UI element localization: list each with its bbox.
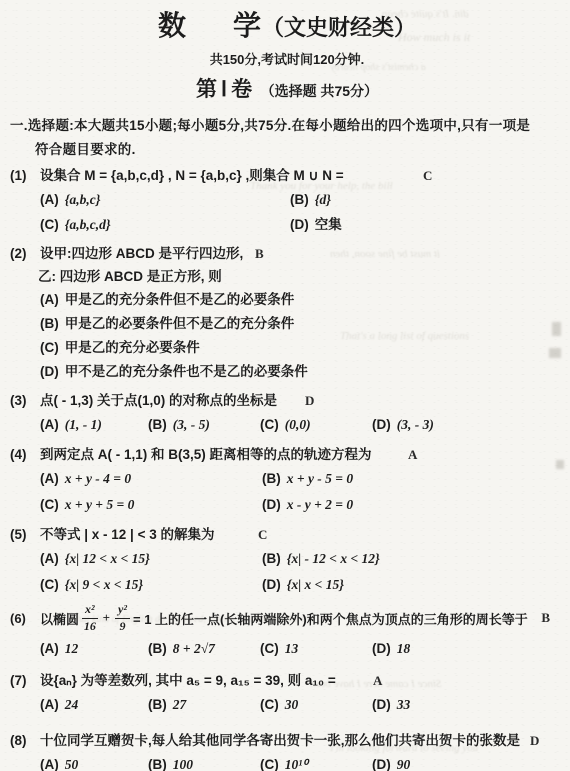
- option-label: (D): [40, 364, 59, 379]
- option-b: (B){d}: [290, 187, 564, 212]
- option-label: (C): [40, 577, 59, 592]
- option-b: (B)8 + 2√7: [148, 636, 260, 662]
- question-stem-text: 点( - 1,3) 关于点(1,0) 的对称点的坐标是: [40, 393, 277, 408]
- marked-answer: B: [255, 242, 264, 265]
- option-text: 10¹⁰: [285, 757, 308, 771]
- option-text: 甲是乙的充分条件但不是乙的必要条件: [65, 292, 295, 307]
- marked-answer: D: [530, 729, 539, 752]
- option-d: (D)(3, - 3): [372, 412, 564, 438]
- question-stem-text: 不等式 | x - 12 | < 3 的解集为: [40, 527, 214, 542]
- option-text: (0,0): [285, 417, 311, 432]
- question-stem: (7)设{aₙ} 为等差数列, 其中 a₅ = 9, a₁₅ = 39, 则 a…: [10, 669, 564, 692]
- option-text: {d}: [315, 192, 331, 207]
- question-number: (8): [10, 729, 40, 752]
- option-a: (A)x + y - 4 = 0: [40, 466, 262, 492]
- question-6: (6)以椭圆 x²16 + y²9 = 1 上的任一点(长轴两端除外)和两个焦点…: [10, 600, 564, 662]
- question-stem-text: 设甲:四边形 ABCD 是平行四边形,: [40, 246, 243, 261]
- option-d: (D){x| x < 15}: [262, 572, 564, 598]
- option-label: (D): [262, 497, 281, 512]
- option-c: (C)10¹⁰: [260, 752, 372, 771]
- option-text: 27: [173, 697, 187, 712]
- option-text: x - y + 2 = 0: [287, 497, 353, 512]
- option-a: (A){x| 12 < x < 15}: [40, 546, 262, 572]
- question-stem-text: 到两定点 A( - 1,1) 和 B(3,5) 距离相等的点的轨迹方程为: [40, 447, 372, 462]
- option-b: (B)x + y - 5 = 0: [262, 466, 564, 492]
- option-c: (C){x| 9 < x < 15}: [40, 572, 262, 598]
- option-label: (A): [40, 697, 59, 712]
- option-text: x + y - 5 = 0: [287, 471, 353, 486]
- marked-answer: C: [423, 164, 432, 187]
- instructions: 一.选择题:本大题共15小题;每小题5分,共75分.在每小题给出的四个选项中,只…: [10, 114, 564, 162]
- option-label: (A): [40, 471, 59, 486]
- option-d: (D)x - y + 2 = 0: [262, 492, 564, 518]
- option-label: (D): [372, 697, 391, 712]
- title-category: （文史财经类）: [262, 15, 416, 40]
- option-text: {a,b,c}: [65, 192, 101, 207]
- option-label: (B): [290, 192, 309, 207]
- marked-answer: A: [373, 669, 382, 692]
- option-d: (D)甲不是乙的充分条件也不是乙的必要条件: [40, 360, 564, 384]
- option-a: (A)24: [40, 692, 148, 718]
- option-text: (3, - 3): [397, 417, 434, 432]
- section-heading: 第Ⅰ卷 （选择题 共75分）: [10, 75, 564, 106]
- marked-answer: B: [541, 610, 550, 626]
- option-label: (C): [40, 340, 59, 355]
- options-grid: (A){x| 12 < x < 15} (B){x| - 12 < x < 12…: [10, 546, 564, 598]
- option-b: (B)(3, - 5): [148, 412, 260, 438]
- marked-answer: C: [258, 523, 267, 546]
- question-stem: (2)设甲:四边形 ABCD 是平行四边形, B: [10, 242, 564, 265]
- question-stem: (6)以椭圆 x²16 + y²9 = 1 上的任一点(长轴两端除外)和两个焦点…: [10, 600, 564, 636]
- option-text: 空集: [315, 217, 342, 232]
- question-8: (8)十位同学互赠贺卡,每人给其他同学各寄出贺卡一张,那么他们共寄出贺卡的张数是…: [10, 729, 564, 771]
- option-d: (D)90: [372, 752, 564, 771]
- option-text: 甲不是乙的充分条件也不是乙的必要条件: [65, 364, 308, 379]
- option-text: 18: [397, 641, 411, 656]
- options-grid: (A)12 (B)8 + 2√7 (C)13 (D)18: [10, 636, 564, 662]
- option-label: (C): [260, 417, 279, 432]
- question-stem: (3)点( - 1,3) 关于点(1,0) 的对称点的坐标是 D: [10, 389, 564, 412]
- option-text: 30: [285, 697, 299, 712]
- options-grid: (A)50 (B)100 (C)10¹⁰ (D)90: [10, 752, 564, 771]
- title-char-right: 学: [233, 10, 262, 41]
- option-b: (B){x| - 12 < x < 12}: [262, 546, 564, 572]
- option-c: (C){a,b,c,d}: [40, 212, 290, 237]
- option-text: 8 + 2√7: [173, 641, 215, 656]
- question-stem-line2: 乙: 四边形 ABCD 是正方形, 则: [10, 265, 564, 288]
- question-2: (2)设甲:四边形 ABCD 是平行四边形, B 乙: 四边形 ABCD 是正方…: [10, 242, 564, 384]
- instructions-line-1: 一.选择题:本大题共15小题;每小题5分,共75分.在每小题给出的四个选项中,只…: [10, 114, 564, 138]
- options-grid: (A)x + y - 4 = 0 (B)x + y - 5 = 0 (C)x +…: [10, 466, 564, 518]
- option-a: (A)50: [40, 752, 148, 771]
- question-number: (5): [10, 523, 40, 546]
- exam-page-scan: din. It's quite cheap How much is it a c…: [0, 0, 570, 771]
- question-number: (7): [10, 669, 40, 692]
- option-label: (A): [40, 641, 59, 656]
- instructions-line-2: 符合题目要求的.: [10, 138, 564, 162]
- marked-answer: D: [305, 389, 314, 412]
- option-text: 90: [397, 757, 411, 771]
- question-stem-text: 设{aₙ} 为等差数列, 其中 a₅ = 9, a₁₅ = 39, 则 a₁₀ …: [40, 673, 336, 688]
- option-d: (D)33: [372, 692, 564, 718]
- option-label: (A): [40, 757, 59, 771]
- option-b: (B)甲是乙的必要条件但不是乙的充分条件: [40, 312, 564, 336]
- option-label: (D): [372, 417, 391, 432]
- option-label: (A): [40, 551, 59, 566]
- fraction: x²16: [82, 603, 98, 632]
- option-label: (C): [260, 697, 279, 712]
- option-label: (A): [40, 417, 59, 432]
- option-label: (C): [40, 217, 59, 232]
- question-stem-text: 设集合 M = {a,b,c,d} , N = {a,b,c} ,则集合 M ∪…: [40, 168, 344, 183]
- question-5: (5)不等式 | x - 12 | < 3 的解集为 C (A){x| 12 <…: [10, 523, 564, 598]
- option-text: {x| x < 15}: [287, 577, 344, 592]
- option-b: (B)100: [148, 752, 260, 771]
- option-text: 甲是乙的必要条件但不是乙的充分条件: [65, 316, 295, 331]
- option-c: (C)30: [260, 692, 372, 718]
- question-1: (1)设集合 M = {a,b,c,d} , N = {a,b,c} ,则集合 …: [10, 164, 564, 237]
- marked-answer: A: [408, 443, 417, 466]
- question-number: (2): [10, 242, 40, 265]
- page-title: 数学（文史财经类）: [10, 8, 564, 49]
- option-label: (C): [40, 497, 59, 512]
- option-text: 33: [397, 697, 411, 712]
- fraction-denominator: 9: [120, 619, 126, 633]
- exam-subtitle: 共150分,考试时间120分钟.: [10, 51, 564, 69]
- question-stem: (8)十位同学互赠贺卡,每人给其他同学各寄出贺卡一张,那么他们共寄出贺卡的张数是…: [10, 729, 564, 752]
- option-a: (A)甲是乙的充分条件但不是乙的必要条件: [40, 288, 564, 312]
- option-label: (D): [290, 217, 309, 232]
- option-label: (D): [372, 757, 391, 771]
- option-label: (B): [262, 471, 281, 486]
- option-a: (A)(1, - 1): [40, 412, 148, 438]
- option-text: 50: [65, 757, 79, 771]
- option-a: (A)12: [40, 636, 148, 662]
- option-c: (C)x + y + 5 = 0: [40, 492, 262, 518]
- question-stem-text: 十位同学互赠贺卡,每人给其他同学各寄出贺卡一张,那么他们共寄出贺卡的张数是: [40, 733, 520, 748]
- option-label: (A): [40, 192, 59, 207]
- option-label: (B): [40, 316, 59, 331]
- title-char-left: 数: [158, 10, 187, 41]
- options-grid: (A)甲是乙的充分条件但不是乙的必要条件 (B)甲是乙的必要条件但不是乙的充分条…: [10, 288, 564, 384]
- fraction: y²9: [115, 603, 130, 632]
- option-c: (C)13: [260, 636, 372, 662]
- option-d: (D)空集: [290, 212, 564, 237]
- option-a: (A){a,b,c}: [40, 187, 290, 212]
- fraction-numerator: y²: [115, 603, 130, 618]
- option-text: 24: [65, 697, 79, 712]
- plus-operator: +: [103, 610, 110, 626]
- option-text: 13: [285, 641, 299, 656]
- question-number: (1): [10, 164, 40, 187]
- option-text: x + y - 4 = 0: [65, 471, 131, 486]
- option-text: {a,b,c,d}: [65, 217, 111, 232]
- question-number: (4): [10, 443, 40, 466]
- option-text: {x| 9 < x < 15}: [65, 577, 143, 592]
- question-stem-text: 以椭圆: [40, 609, 79, 628]
- option-label: (B): [262, 551, 281, 566]
- option-text: 100: [173, 757, 193, 771]
- options-grid: (A){a,b,c} (B){d} (C){a,b,c,d} (D)空集: [10, 187, 564, 237]
- option-label: (B): [148, 757, 167, 771]
- question-3: (3)点( - 1,3) 关于点(1,0) 的对称点的坐标是 D (A)(1, …: [10, 389, 564, 438]
- option-label: (B): [148, 697, 167, 712]
- question-stem-text: = 1 上的任一点(长轴两端除外)和两个焦点为顶点的三角形的周长等于: [133, 609, 528, 628]
- option-c: (C)(0,0): [260, 412, 372, 438]
- option-text: 甲是乙的充分必要条件: [65, 340, 200, 355]
- question-stem: (4)到两定点 A( - 1,1) 和 B(3,5) 距离相等的点的轨迹方程为 …: [10, 443, 564, 466]
- fraction-numerator: x²: [82, 603, 98, 618]
- option-label: (B): [148, 641, 167, 656]
- question-stem: (1)设集合 M = {a,b,c,d} , N = {a,b,c} ,则集合 …: [10, 164, 564, 187]
- question-stem: (5)不等式 | x - 12 | < 3 的解集为 C: [10, 523, 564, 546]
- option-text: (3, - 5): [173, 417, 210, 432]
- option-label: (C): [260, 641, 279, 656]
- option-text: x + y + 5 = 0: [65, 497, 135, 512]
- section-number: 第Ⅰ卷: [196, 77, 256, 101]
- option-b: (B)27: [148, 692, 260, 718]
- option-label: (D): [372, 641, 391, 656]
- section-note: （选择题 共75分）: [261, 83, 378, 99]
- option-d: (D)18: [372, 636, 564, 662]
- question-number: (6): [10, 611, 40, 626]
- question-4: (4)到两定点 A( - 1,1) 和 B(3,5) 距离相等的点的轨迹方程为 …: [10, 443, 564, 518]
- option-text: (1, - 1): [65, 417, 102, 432]
- options-grid: (A)24 (B)27 (C)30 (D)33: [10, 692, 564, 718]
- option-label: (B): [148, 417, 167, 432]
- question-number: (3): [10, 389, 40, 412]
- option-text: {x| - 12 < x < 12}: [287, 551, 380, 566]
- option-label: (D): [262, 577, 281, 592]
- option-label: (C): [260, 757, 279, 771]
- option-label: (A): [40, 292, 59, 307]
- option-c: (C)甲是乙的充分必要条件: [40, 336, 564, 360]
- question-7: (7)设{aₙ} 为等差数列, 其中 a₅ = 9, a₁₅ = 39, 则 a…: [10, 669, 564, 718]
- option-text: 12: [65, 641, 79, 656]
- option-text: {x| 12 < x < 15}: [65, 551, 150, 566]
- fraction-denominator: 16: [84, 619, 96, 633]
- options-grid: (A)(1, - 1) (B)(3, - 5) (C)(0,0) (D)(3, …: [10, 412, 564, 438]
